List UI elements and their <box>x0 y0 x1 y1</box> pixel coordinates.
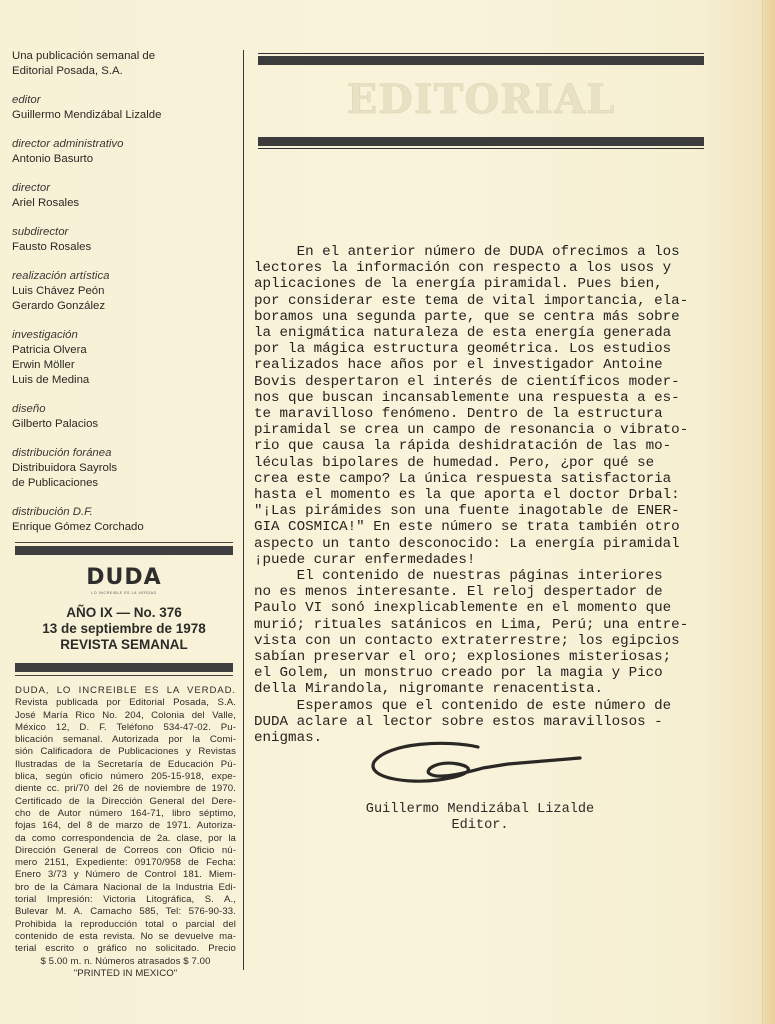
legal-line: da como correspondencia de 2a. clase, po… <box>15 833 236 845</box>
rule <box>258 56 704 65</box>
legal-line: torial Impresión: Victoria Litográfica, … <box>15 894 236 906</box>
editorial-line: te maravilloso fenómeno. Dentro de la es… <box>254 406 744 422</box>
legal-line: bro de la Cámara Nacional de la Industri… <box>15 882 236 894</box>
credit-block: director administrativoAntonio Basurto <box>12 137 237 167</box>
credit-name: Guillermo Mendizábal Lizalde <box>12 108 237 123</box>
editorial-title: EDITORIAL <box>258 75 704 125</box>
signer-block: Guillermo Mendizábal Lizalde Editor. <box>330 802 630 834</box>
credit-name: Ariel Rosales <box>12 196 237 211</box>
rule <box>15 675 233 676</box>
credit-role: diseño <box>12 402 237 417</box>
legal-line: Certificado de la Dirección General del … <box>15 796 236 808</box>
legal-line: cho de Autor número 164-71, libro séptim… <box>15 808 236 820</box>
editorial-line: murió; rituales satánicos en Lima, Perú;… <box>254 617 744 633</box>
credit-name: Fausto Rosales <box>12 240 237 255</box>
credit-block: directorAriel Rosales <box>12 181 237 211</box>
editorial-line: rio que causa la rápida deshidratación d… <box>254 438 744 454</box>
legal-line: Dirección General de Correos con Oficio … <box>15 845 236 857</box>
legal-line: Ilustradas de la Secretaría de Educación… <box>15 759 236 771</box>
credit-block: investigaciónPatricia OlveraErwin Möller… <box>12 328 237 388</box>
rule <box>258 137 704 146</box>
rule <box>15 542 233 543</box>
editorial-line: aspecto un tanto desconocido: La energía… <box>254 536 744 552</box>
editorial-line: aplicaciones de la energía piramidal. Pu… <box>254 276 744 292</box>
editorial-line: la enigmática naturaleza de esta energía… <box>254 325 744 341</box>
credit-role: subdirector <box>12 225 237 240</box>
credit-block: realización artísticaLuis Chávez PeónGer… <box>12 269 237 314</box>
legal-line: terial escrito o gráfico no solicitado. … <box>15 943 236 955</box>
credit-block: distribución D.F.Enrique Gómez Corchado <box>12 505 237 535</box>
legal-notice: DUDA, LO INCREIBLE ES LA VERDAD.Revista … <box>15 685 236 980</box>
editorial-line: no es menos interesante. El reloj desper… <box>254 584 744 600</box>
editorial-line: Bovis despertaron el interés de científi… <box>254 374 744 390</box>
editorial-line: crea este campo? La única respuesta sati… <box>254 471 744 487</box>
column-divider <box>243 50 244 970</box>
legal-line: Bulevar M. A. Camacho 585, Tel: 576-90-3… <box>15 906 236 918</box>
credit-role: distribución foránea <box>12 446 237 461</box>
credit-name: Gilberto Palacios <box>12 417 237 432</box>
editorial-line: léculas bipolares de humedad. Pero, ¿por… <box>254 455 744 471</box>
duda-tagline: LO INCREIBLE ES LA VERDAD <box>15 591 233 597</box>
credit-role: investigación <box>12 328 237 343</box>
page-edge <box>762 0 775 1024</box>
editorial-line: El contenido de nuestras páginas interio… <box>254 568 744 584</box>
editorial-line: Paulo VI sonó inexplicablemente en el mo… <box>254 600 744 616</box>
legal-line: mero 2151, Expediente: 09170/958 de Fech… <box>15 857 236 869</box>
editorial-line: della Mirandola, nigromante renacentista… <box>254 681 744 697</box>
credit-name: de Publicaciones <box>12 476 237 491</box>
publication-type: REVISTA SEMANAL <box>15 637 233 653</box>
editorial-line: GIA COSMICA!" En este número se trata ta… <box>254 519 744 535</box>
editorial-header: EDITORIAL <box>258 53 704 149</box>
credit-name: Luis de Medina <box>12 373 237 388</box>
editorial-line: por la mágica estructura geométrica. Los… <box>254 341 744 357</box>
publisher-intro: Una publicación semanal de Editorial Pos… <box>12 49 237 79</box>
printed-in-mexico: "PRINTED IN MEXICO" <box>15 968 236 980</box>
editorial-line: lectores la información con respecto a l… <box>254 260 744 276</box>
credits-column: Una publicación semanal de Editorial Pos… <box>12 49 237 549</box>
editorial-line: vista con un contacto extraterrestre; lo… <box>254 633 744 649</box>
legal-line: José María Rico No. 204, Colonia del Val… <box>15 710 236 722</box>
editorial-line: realizados hace años por el investigador… <box>254 357 744 373</box>
legal-line: blica, según oficio número 205-15-918, e… <box>15 771 236 783</box>
credit-name: Antonio Basurto <box>12 152 237 167</box>
credit-role: distribución D.F. <box>12 505 237 520</box>
rule <box>15 546 233 555</box>
credit-name: Distribuidora Sayrols <box>12 461 237 476</box>
legal-line: México 12, D. F. Teléfono 534-47-02. Pu- <box>15 722 236 734</box>
signature-icon <box>368 740 588 800</box>
editorial-line: En el anterior número de DUDA ofrecimos … <box>254 244 744 260</box>
credit-name: Patricia Olvera <box>12 343 237 358</box>
signer-name: Guillermo Mendizábal Lizalde <box>330 802 630 818</box>
legal-line: blicación semanal. Autorizada por la Com… <box>15 734 236 746</box>
credit-role: director administrativo <box>12 137 237 152</box>
legal-line: diente cc. pri/70 del 26 de noviembre de… <box>15 783 236 795</box>
legal-line: contenido de esta revista. No se devuelv… <box>15 931 236 943</box>
credit-block: editorGuillermo Mendizábal Lizalde <box>12 93 237 123</box>
credit-block: distribución foráneaDistribuidora Sayrol… <box>12 446 237 491</box>
editorial-line: ¡puede curar enfermedades! <box>254 552 744 568</box>
legal-line: Prohibida la reproducción total o parcia… <box>15 919 236 931</box>
credit-block: diseñoGilberto Palacios <box>12 402 237 432</box>
editorial-body: En el anterior número de DUDA ofrecimos … <box>254 244 744 746</box>
credit-role: director <box>12 181 237 196</box>
signer-title: Editor. <box>330 818 630 834</box>
credit-name: Erwin Möller <box>12 358 237 373</box>
rule <box>258 148 704 149</box>
editorial-line: boramos una segunda parte, que se centra… <box>254 309 744 325</box>
duda-logo: DUDA <box>15 567 233 589</box>
masthead: DUDA LO INCREIBLE ES LA VERDAD AÑO IX — … <box>15 542 233 676</box>
credit-role: realización artística <box>12 269 237 284</box>
editorial-line: DUDA aclare al lector sobre estos maravi… <box>254 714 744 730</box>
editorial-line: sabían preservar el oro; explosiones mis… <box>254 649 744 665</box>
credit-name: Gerardo González <box>12 299 237 314</box>
editorial-line: Esperamos que el contenido de este númer… <box>254 698 744 714</box>
credit-name: Enrique Gómez Corchado <box>12 520 237 535</box>
credit-block: subdirectorFausto Rosales <box>12 225 237 255</box>
price-line: $ 5.00 m. n. Números atrasados $ 7.00 <box>15 956 236 968</box>
issue-number: AÑO IX — No. 376 <box>15 605 233 621</box>
editorial-line: "¡Las pirámides son una fuente inagotabl… <box>254 503 744 519</box>
editorial-line: hasta el momento es la que aporta el doc… <box>254 487 744 503</box>
credit-name: Luis Chávez Peón <box>12 284 237 299</box>
legal-line: DUDA, LO INCREIBLE ES LA VERDAD. <box>15 685 236 697</box>
rule <box>15 663 233 672</box>
legal-line: Revista publicada por Editorial Posada, … <box>15 697 236 709</box>
legal-line: sión Calificadora de Publicaciones y Rev… <box>15 746 236 758</box>
credit-role: editor <box>12 93 237 108</box>
editorial-line: el Golem, un monstruo creado por la magi… <box>254 665 744 681</box>
issue-date: 13 de septiembre de 1978 <box>15 621 233 637</box>
editorial-line: por considerar este tema de vital import… <box>254 293 744 309</box>
legal-line: Enero 3/73 y Número de Control 181. Miem… <box>15 869 236 881</box>
legal-line: fojas 164, del 8 de marzo de 1971. Autor… <box>15 820 236 832</box>
editorial-line: piramidal se crea un campo de resonancia… <box>254 422 744 438</box>
editorial-line: nos que buscan incansablemente una respu… <box>254 390 744 406</box>
